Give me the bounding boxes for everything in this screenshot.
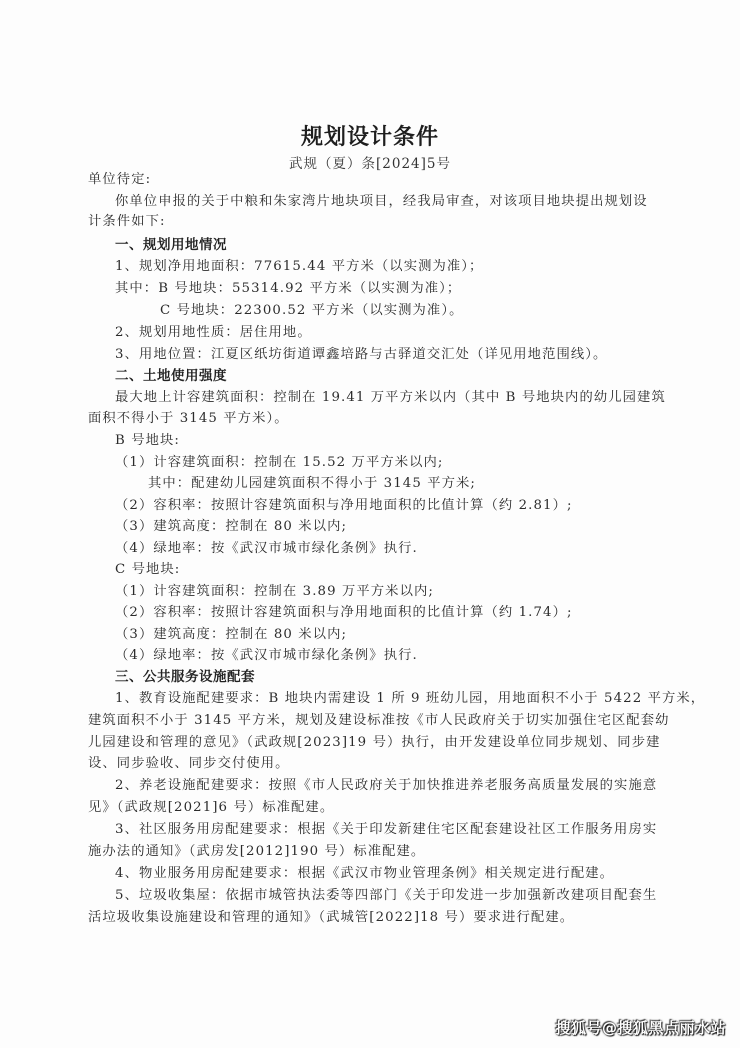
text-line: 1、教育设施配建要求：B 地块内需建设 1 所 9 班幼儿园，用地面积不小于 5… [115, 690, 705, 708]
text-line: 见》（武政规[2021]6 号）标准配建。 [88, 799, 334, 817]
text-line: 最大地上计容建筑面积：控制在 19.41 万平方米以内（其中 B 号地块内的幼儿… [115, 389, 666, 407]
text-line: C 号地块: [115, 561, 180, 579]
watermark: 搜狐号@搜狐黑点丽水站 [555, 1017, 726, 1038]
text-line: 其中：B 号地块：55314.92 平方米（以实测为准）； [115, 280, 461, 298]
section-heading: 三、公共服务设施配套 [115, 668, 255, 686]
text-line: 计条件如下: [88, 213, 166, 231]
text-line: 3、用地位置：江夏区纸坊街道谭鑫培路与古驿道交汇处（详见用地范围线）。 [115, 346, 607, 364]
text-line: 2、规划用地性质：居住用地。 [115, 324, 312, 342]
document-number: 武规（夏）条[2024]5号 [0, 152, 740, 172]
text-line: 你单位申报的关于中粮和朱家湾片地块项目，经我局审查，对该项目地块提出规划设 [115, 193, 648, 211]
text-line: （3）建筑高度：控制在 80 米以内; [115, 626, 347, 644]
text-line: （1）计容建筑面积：控制在 15.52 万平方米以内; [115, 454, 444, 472]
text-line: 面积不得小于 3145 平方米）。 [88, 410, 289, 428]
text-line: （3）建筑高度：控制在 80 米以内; [115, 518, 347, 536]
text-line: B 号地块: [115, 432, 180, 450]
text-line: 5、垃圾收集屋：依据市城管执法委等四部门《关于印发进一步加强新改建项目配套生 [115, 887, 657, 905]
text-line: （2）容积率：按照计容建筑面积与净用地面积的比值计算（约 1.74）; [115, 604, 573, 622]
text-line: 3、社区服务用房配建要求：根据《关于印发新建住宅区配套建设社区工作服务用房实 [115, 821, 657, 839]
text-line: 4、物业服务用房配建要求：根据《武汉市物业管理条例》相关规定进行配建。 [115, 865, 614, 883]
text-line: （1）计容建筑面积：控制在 3.89 万平方米以内; [115, 583, 434, 601]
text-line: C 号地块：22300.52 平方米（以实测为准）。 [160, 302, 463, 320]
text-line: 1、规划净用地面积：77615.44 平方米（以实测为准）； [115, 258, 483, 276]
text-line: 活垃圾收集设施建设和管理的通知》（武城管[2022]18 号）要求进行配建。 [88, 909, 574, 927]
text-line: （4）绿地率：按《武汉市城市绿化条例》执行. [115, 647, 418, 665]
document-page: 规划设计条件 武规（夏）条[2024]5号 单位待定:你单位申报的关于中粮和朱家… [0, 0, 740, 1048]
text-line: 施办法的通知》（武房发[2012]190 号）标准配建。 [88, 843, 425, 861]
section-heading: 一、规划用地情况 [115, 236, 227, 254]
document-title: 规划设计条件 [0, 120, 740, 151]
text-line: 2、养老设施配建要求：按照《市人民政府关于加快推进养老服务高质量发展的实施意 [115, 777, 657, 795]
text-line: （4）绿地率：按《武汉市城市绿化条例》执行. [115, 540, 418, 558]
text-line: 其中：配建幼儿园建筑面积不得小于 3145 平方米; [148, 475, 476, 493]
text-line: 设、同步验收、同步交付使用。 [88, 755, 290, 773]
text-line: 儿园建设和管理的意见》（武政规[2023]19 号）执行，由开发建设单位同步规划… [88, 734, 661, 752]
text-line: 建筑面积不小于 3145 平方米，规划及建设标准按《市人民政府关于切实加强住宅区… [88, 712, 670, 730]
text-line: （2）容积率：按照计容建筑面积与净用地面积的比值计算（约 2.81）; [115, 497, 573, 515]
text-line: 单位待定: [88, 171, 151, 189]
section-heading: 二、土地使用强度 [115, 367, 227, 385]
